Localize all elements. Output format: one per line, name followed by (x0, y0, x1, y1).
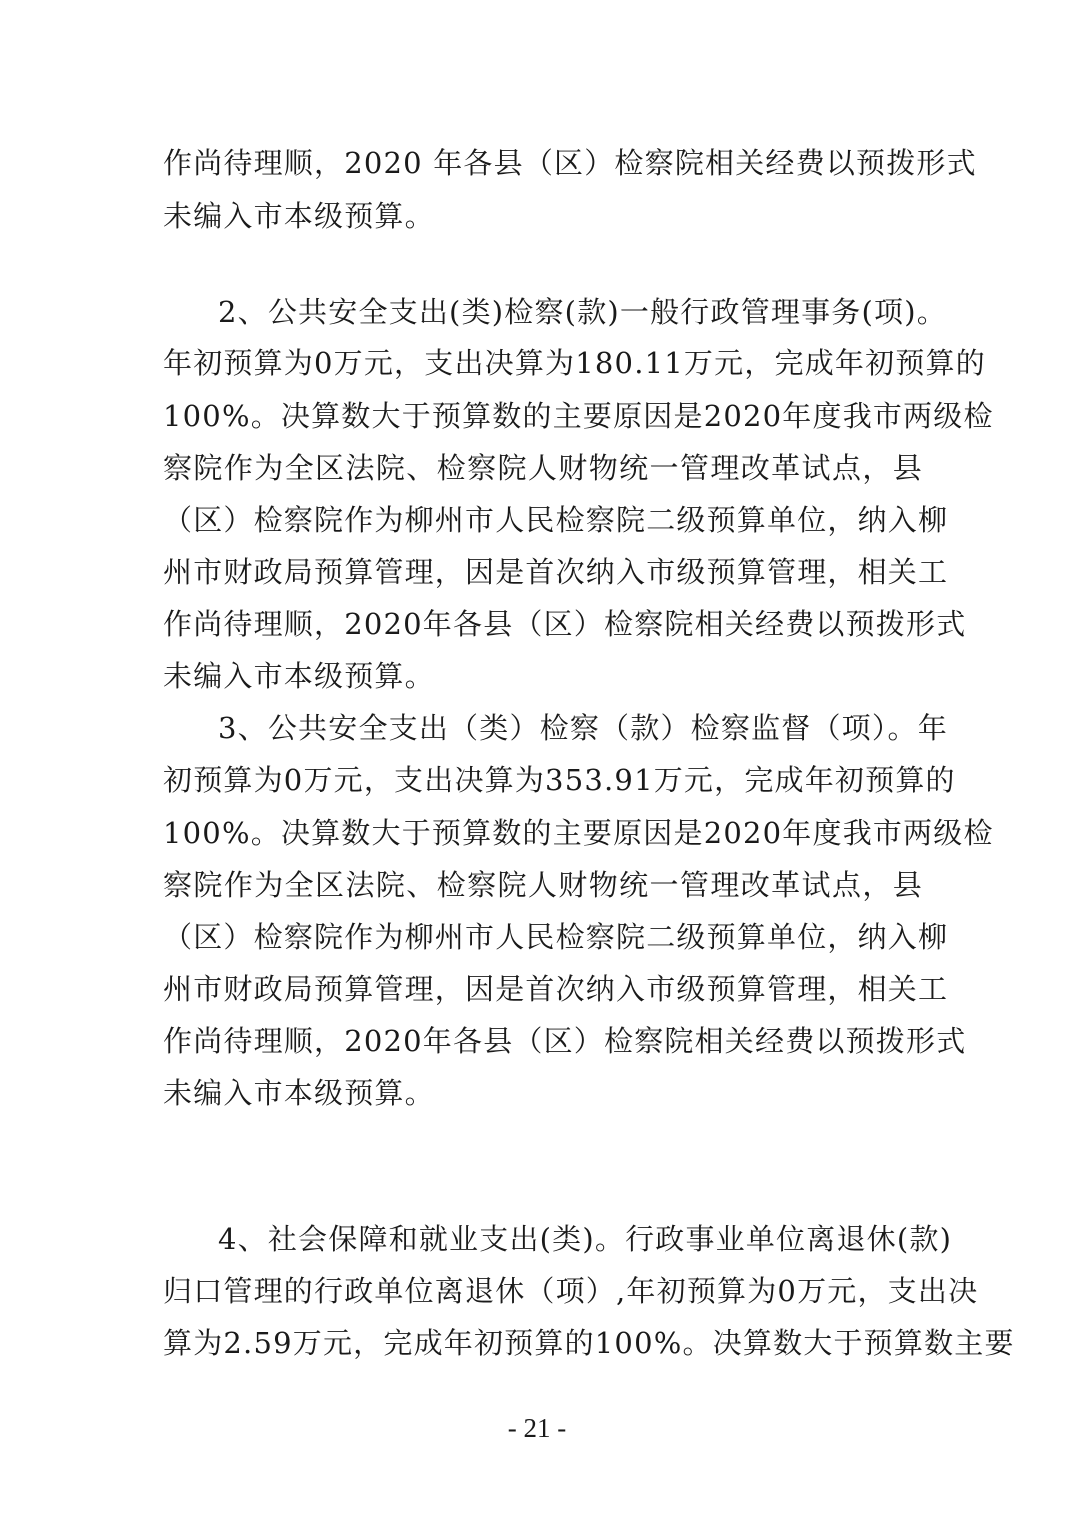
text-line: 3、公共安全支出（类）检察（款）检察监督（项）。年 (218, 708, 923, 748)
text-line: 4、社会保障和就业支出(类)。行政事业单位离退休(款) (218, 1219, 923, 1259)
page-number: - 21 - (0, 1410, 1074, 1446)
text-line: 察院作为全区法院、检察院人财物统一管理改革试点，县 (163, 865, 923, 905)
text-line: 作尚待理顺，2020年各县（区）检察院相关经费以预拨形式 (163, 604, 923, 644)
text-line: 州市财政局预算管理，因是首次纳入市级预算管理，相关工 (163, 552, 923, 592)
text-line: 归口管理的行政单位离退休（项）,年初预算为0万元，支出决 (163, 1271, 923, 1311)
text-line: 未编入市本级预算。 (163, 196, 923, 236)
text-line: 年初预算为0万元，支出决算为180.11万元，完成年初预算的 (163, 343, 923, 383)
text-line: （区）检察院作为柳州市人民检察院二级预算单位，纳入柳 (163, 917, 923, 957)
text-line: 100%。决算数大于预算数的主要原因是2020年度我市两级检 (163, 396, 923, 436)
text-line: 察院作为全区法院、检察院人财物统一管理改革试点，县 (163, 448, 923, 488)
text-line: 2、公共安全支出(类)检察(款)一般行政管理事务(项)。 (218, 292, 923, 332)
text-line: 初预算为0万元，支出决算为353.91万元，完成年初预算的 (163, 760, 923, 800)
text-line: 算为2.59万元，完成年初预算的100%。决算数大于预算数主要 (163, 1323, 923, 1363)
document-page: 作尚待理顺，2020 年各县（区）检察院相关经费以预拨形式 未编入市本级预算。 … (0, 0, 1074, 1520)
text-line: 未编入市本级预算。 (163, 1073, 923, 1113)
text-line: （区）检察院作为柳州市人民检察院二级预算单位，纳入柳 (163, 500, 923, 540)
text-line: 作尚待理顺，2020年各县（区）检察院相关经费以预拨形式 (163, 1021, 923, 1061)
text-line: 100%。决算数大于预算数的主要原因是2020年度我市两级检 (163, 813, 923, 853)
text-line: 州市财政局预算管理，因是首次纳入市级预算管理，相关工 (163, 969, 923, 1009)
text-line: 作尚待理顺，2020 年各县（区）检察院相关经费以预拨形式 (163, 143, 923, 183)
text-line: 未编入市本级预算。 (163, 656, 923, 696)
